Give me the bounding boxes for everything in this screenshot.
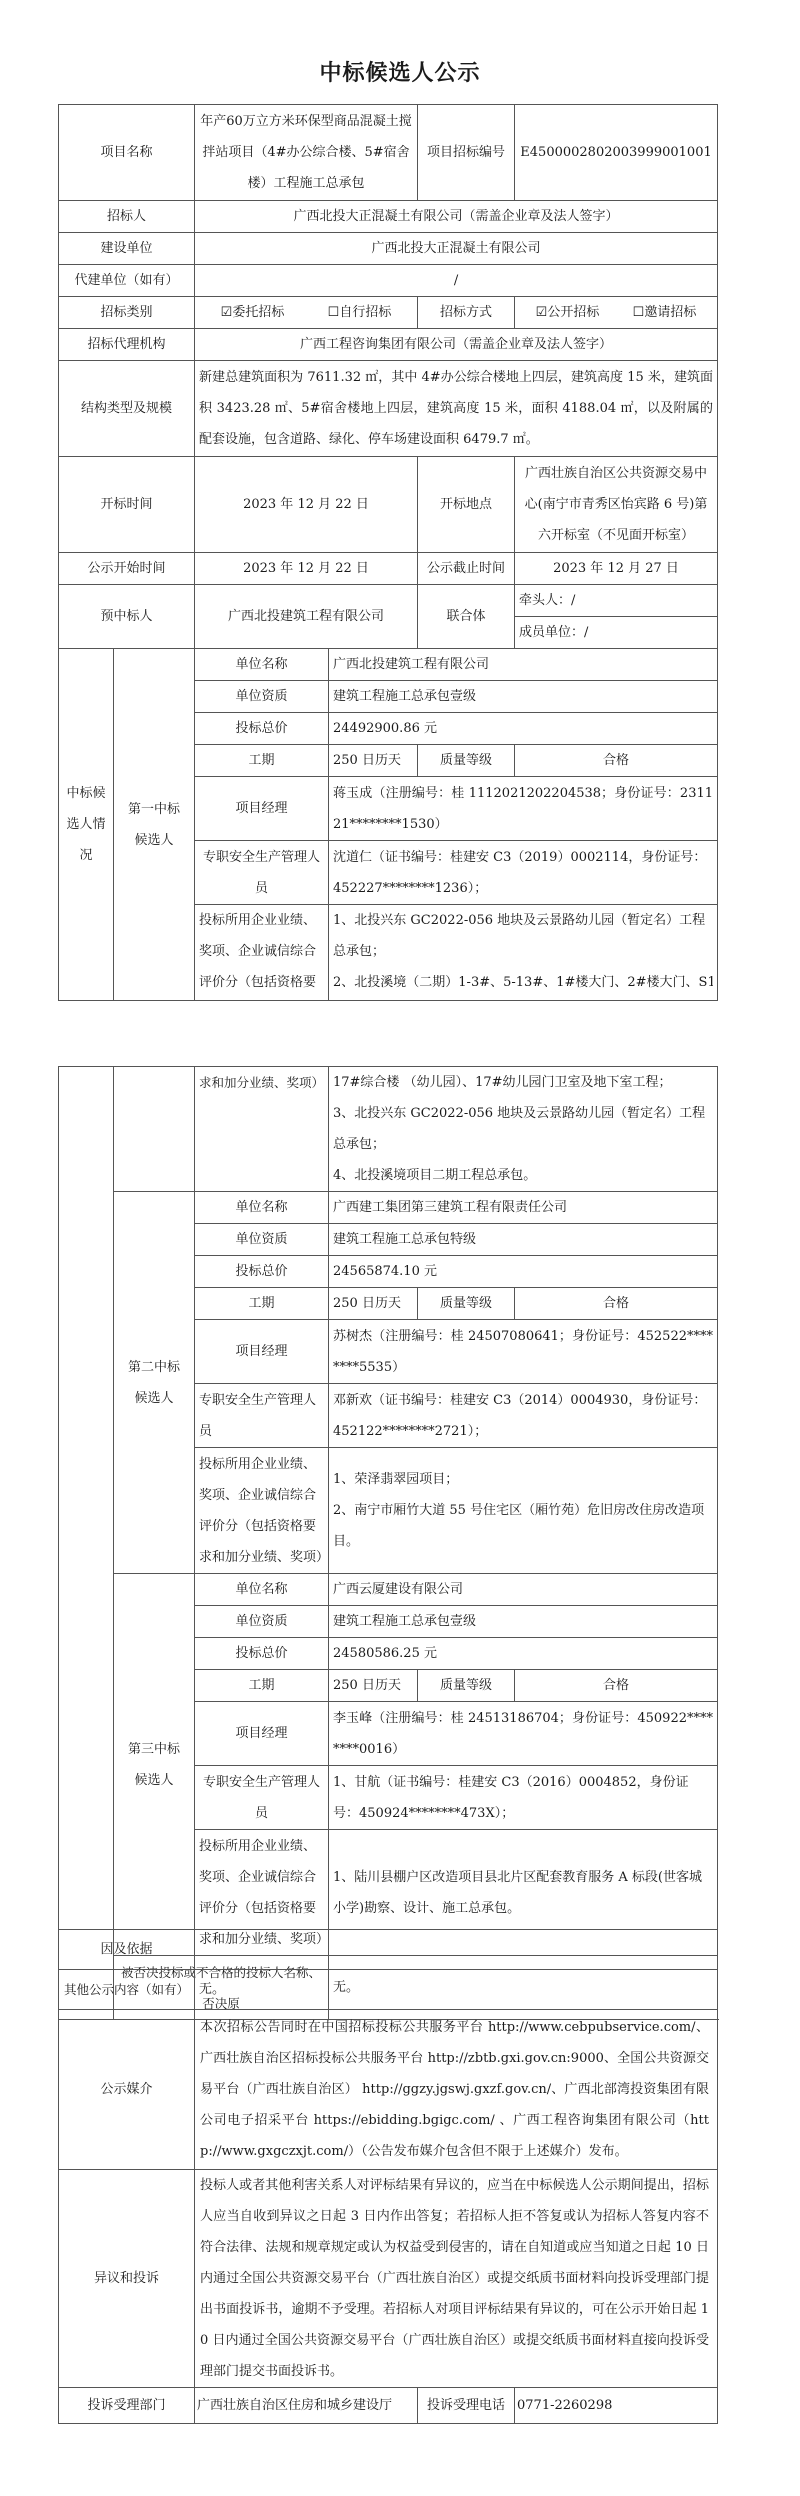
notice-table-part-3: 因及依据 其他公示内容（如有） 无。 公示媒介 本次招标公告同时在中国招标投标公… (58, 1929, 718, 2424)
candidates-section-continued (59, 1067, 114, 2020)
candidate-1-performance-continued: 17#综合楼 （幼儿园）、17#幼儿园门卫室及地下室工程； 3、北投兴东 GC2… (329, 1067, 718, 1192)
candidate-3-safety: 1、甘航（证书编号：桂建安 C3（2016）0004852，身份证号：45092… (329, 1766, 718, 1830)
candidate-2-bid-price: 24565874.10 元 (329, 1256, 718, 1288)
performance-item: 1、荣泽翡翠园项目； (333, 1464, 713, 1495)
method-options: ☑公开招标 ☐邀请招标 (515, 297, 718, 329)
pub-start-value: 2023 年 12 月 22 日 (195, 553, 418, 585)
performance-label: 投标所用企业业绩、奖项、企业诚信综合评价分（包括资格要求和加分业绩、奖项） (195, 1448, 329, 1574)
media-value: 本次招标公告同时在中国招标投标公共服务平台 http://www.cebpubs… (195, 2010, 718, 2170)
pm-label: 项目经理 (195, 1702, 329, 1766)
candidate-1-rank-continued (114, 1067, 195, 1192)
objection-value: 投标人或者其他利害关系人对评标结果有异议的，应当在中标候选人公示期间提出，招标人… (195, 2170, 718, 2388)
open-place-value: 广西壮族自治区公共资源交易中心(南宁市青秀区怡宾路 6 号)第六开标室（不见面开… (515, 457, 718, 553)
safety-label: 专职安全生产管理人员 (195, 1384, 329, 1448)
period-label: 工期 (195, 745, 329, 777)
performance-label-continued: 求和加分业绩、奖项） (195, 1067, 329, 1192)
candidate-3-unit-name: 广西云厦建设有限公司 (329, 1574, 718, 1606)
method-option-invite[interactable]: ☐邀请招标 (633, 297, 697, 328)
pm-label: 项目经理 (195, 777, 329, 841)
safety-label: 专职安全生产管理人员 (195, 841, 329, 905)
candidate-3-qualification: 建筑工程施工总承包壹级 (329, 1606, 718, 1638)
media-label: 公示媒介 (59, 2010, 195, 2170)
quality-label: 质量等级 (418, 745, 515, 777)
pre-winner-label: 预中标人 (59, 585, 195, 649)
unit-name-label: 单位名称 (195, 649, 329, 681)
performance-item: 3、北投兴东 GC2022-056 地块及云景路幼儿园（暂定名）工程总承包； (333, 1098, 713, 1160)
quality-label: 质量等级 (418, 1288, 515, 1320)
performance-label: 投标所用企业业绩、奖项、企业诚信综合评价分（包括资格要 (195, 905, 329, 1001)
tenderer-value: 广西北投大正混凝土有限公司（需盖企业章及法人签字） (195, 201, 718, 233)
method-label: 招标方式 (418, 297, 515, 329)
bid-price-label: 投标总价 (195, 1638, 329, 1670)
open-place-label: 开标地点 (418, 457, 515, 553)
builder-value: 广西北投大正混凝土有限公司 (195, 233, 718, 265)
candidate-3-pm: 李玉峰（注册编号：桂 24513186704；身份证号：450922******… (329, 1702, 718, 1766)
unit-name-label: 单位名称 (195, 1192, 329, 1224)
agent-build-value: / (195, 265, 718, 297)
candidate-1-bid-price: 24492900.86 元 (329, 713, 718, 745)
consortium-lead: 牵头人：/ (515, 585, 718, 617)
builder-label: 建设单位 (59, 233, 195, 265)
complaint-dept-value: 广西壮族自治区住房和城乡建设厅 (195, 2388, 418, 2424)
safety-label: 专职安全生产管理人员 (195, 1766, 329, 1830)
performance-item: 2、北投溪境（二期）1-3#、5-13#、1#楼大门、2#楼大门、S1#、 (333, 967, 713, 998)
page-title: 中标候选人公示 (0, 56, 800, 87)
structure-value: 新建总建筑面积为 7611.32 ㎡，其中 4#办公综合楼地上四层，建筑高度 1… (195, 361, 718, 457)
candidate-1-period: 250 日历天 (329, 745, 418, 777)
candidate-2-unit-name: 广西建工集团第三建筑工程有限责任公司 (329, 1192, 718, 1224)
pub-start-label: 公示开始时间 (59, 553, 195, 585)
unit-name-label: 单位名称 (195, 1574, 329, 1606)
candidate-1-pm: 蒋玉成（注册编号：桂 1112021202204538；身份证号：231121*… (329, 777, 718, 841)
method-option-open[interactable]: ☑公开招标 (536, 297, 600, 328)
candidate-2-qualification: 建筑工程施工总承包特级 (329, 1224, 718, 1256)
consortium-label: 联合体 (418, 585, 515, 649)
candidate-1-unit-name: 广西北投建筑工程有限公司 (329, 649, 718, 681)
other-label: 其他公示内容（如有） (59, 1970, 195, 2010)
qualification-label: 单位资质 (195, 681, 329, 713)
rejected-label-continued: 因及依据 (59, 1930, 195, 1970)
candidate-3-quality: 合格 (515, 1670, 718, 1702)
complaint-phone-label: 投诉受理电话 (418, 2388, 515, 2424)
project-code-value: E4500002802003999001001 (515, 105, 718, 201)
pub-end-label: 公示截止时间 (418, 553, 515, 585)
category-options: ☑委托招标 ☐自行招标 (195, 297, 418, 329)
tenderer-label: 招标人 (59, 201, 195, 233)
candidate-2-period: 250 日历天 (329, 1288, 418, 1320)
pre-winner-value: 广西北投建筑工程有限公司 (195, 585, 418, 649)
checkbox-unchecked-icon[interactable]: ☐ (633, 305, 645, 320)
rejected-value-continued (195, 1930, 718, 1970)
other-value: 无。 (195, 1970, 718, 2010)
open-time-label: 开标时间 (59, 457, 195, 553)
notice-table-part-2: 求和加分业绩、奖项） 17#综合楼 （幼儿园）、17#幼儿园门卫室及地下室工程；… (58, 1066, 718, 2020)
candidate-2-pm: 苏树杰（注册编号：桂 24507080641；身份证号：452522******… (329, 1320, 718, 1384)
structure-label: 结构类型及规模 (59, 361, 195, 457)
candidate-1-rank: 第一中标候选人 (114, 649, 195, 1001)
checkbox-unchecked-icon[interactable]: ☐ (328, 305, 340, 320)
checkbox-checked-icon[interactable]: ☑ (221, 305, 233, 320)
complaint-dept-label: 投诉受理部门 (59, 2388, 195, 2424)
open-time-value: 2023 年 12 月 22 日 (195, 457, 418, 553)
performance-item: 1、北投兴东 GC2022-056 地块及云景路幼儿园（暂定名）工程总承包； (333, 905, 713, 967)
candidate-2-rank: 第二中标候选人 (114, 1192, 195, 1574)
performance-item: 2、南宁市厢竹大道 55 号住宅区（厢竹苑）危旧房改住房改造项目。 (333, 1495, 713, 1557)
agency-value: 广西工程咨询集团有限公司（需盖企业章及法人签字） (195, 329, 718, 361)
period-label: 工期 (195, 1288, 329, 1320)
candidates-section-label: 中标候选人情况 (59, 649, 114, 1001)
complaint-phone-value: 0771-2260298 (515, 2388, 718, 2424)
qualification-label: 单位资质 (195, 1606, 329, 1638)
candidate-1-safety: 沈道仁（证书编号：桂建安 C3（2019）0002114，身份证号：452227… (329, 841, 718, 905)
qualification-label: 单位资质 (195, 1224, 329, 1256)
period-label: 工期 (195, 1670, 329, 1702)
candidate-3-bid-price: 24580586.25 元 (329, 1638, 718, 1670)
candidate-1-qualification: 建筑工程施工总承包壹级 (329, 681, 718, 713)
project-name-label: 项目名称 (59, 105, 195, 201)
notice-table-part-1: 项目名称 年产60万立方米环保型商品混凝土搅拌站项目（4#办公综合楼、5#宿舍楼… (58, 104, 718, 1001)
candidate-1-performance: 1、北投兴东 GC2022-056 地块及云景路幼儿园（暂定名）工程总承包； 2… (329, 905, 718, 1001)
bid-price-label: 投标总价 (195, 1256, 329, 1288)
category-option-entrusted[interactable]: ☑委托招标 (221, 297, 285, 328)
candidate-1-quality: 合格 (515, 745, 718, 777)
performance-item: 4、北投溪境项目二期工程总承包。 (333, 1160, 713, 1191)
category-option-self[interactable]: ☐自行招标 (328, 297, 392, 328)
candidate-3-rank: 第三中标候选人 (114, 1574, 195, 1956)
quality-label: 质量等级 (418, 1670, 515, 1702)
project-name-value: 年产60万立方米环保型商品混凝土搅拌站项目（4#办公综合楼、5#宿舍楼）工程施工… (195, 105, 418, 201)
bid-price-label: 投标总价 (195, 713, 329, 745)
candidate-3-period: 250 日历天 (329, 1670, 418, 1702)
agent-build-label: 代建单位（如有） (59, 265, 195, 297)
performance-item: 17#综合楼 （幼儿园）、17#幼儿园门卫室及地下室工程； (333, 1067, 713, 1098)
agency-label: 招标代理机构 (59, 329, 195, 361)
objection-label: 异议和投诉 (59, 2170, 195, 2388)
category-label: 招标类别 (59, 297, 195, 329)
consortium-members: 成员单位：/ (515, 617, 718, 649)
candidate-2-quality: 合格 (515, 1288, 718, 1320)
pm-label: 项目经理 (195, 1320, 329, 1384)
candidate-2-safety: 邓新欢（证书编号：桂建安 C3（2014）0004930，身份证号：452122… (329, 1384, 718, 1448)
project-code-label: 项目招标编号 (418, 105, 515, 201)
candidate-2-performance: 1、荣泽翡翠园项目； 2、南宁市厢竹大道 55 号住宅区（厢竹苑）危旧房改住房改… (329, 1448, 718, 1574)
checkbox-checked-icon[interactable]: ☑ (536, 305, 548, 320)
pub-end-value: 2023 年 12 月 27 日 (515, 553, 718, 585)
